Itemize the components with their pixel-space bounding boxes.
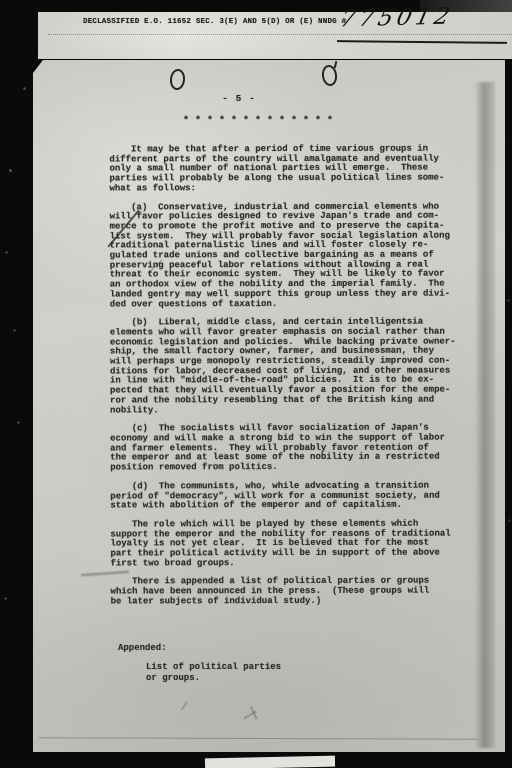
punch-hole-right (321, 64, 339, 87)
document-paragraph: The role which will be played by these e… (110, 519, 456, 568)
document-paragraph: (b) Liberal, middle class, and certain i… (110, 318, 456, 416)
scan-noise-specks (0, 0, 1, 1)
declassification-slip: DECLASSIFIED E.O. 11652 SEC. 3(E) AND 5(… (38, 12, 512, 59)
faint-pencil-mark (181, 701, 188, 710)
page-edge-fold-shadow (475, 82, 495, 748)
document-paragraph: (a) Conservative, industrial and commerc… (110, 202, 456, 310)
scanned-document-screen: DECLASSIFIED E.O. 11652 SEC. 3(E) AND 5(… (0, 0, 512, 768)
document-page: - 5 - * * * * * * * * * * * * * It may b… (33, 60, 505, 752)
page-bottom-edge-line (39, 737, 477, 740)
slip-dotted-line (48, 34, 512, 35)
declassification-handwritten-number: 775012 (338, 4, 456, 33)
stamp-number-underline (337, 40, 507, 44)
next-page-edge-strip (205, 756, 335, 768)
document-body: It may be that after a period of time va… (109, 145, 456, 616)
document-paragraph: (d) The communists, who, while advocatin… (110, 481, 456, 511)
declassification-stamp-text: DECLASSIFIED E.O. 11652 SEC. 3(E) AND 5(… (83, 18, 346, 26)
page-number: - 5 - (218, 93, 260, 104)
punch-hole-left (169, 68, 186, 90)
document-paragraph: It may be that after a period of time va… (109, 145, 455, 194)
appended-label: Appended: (118, 643, 167, 653)
document-paragraph: There is appended a list of political pa… (111, 577, 457, 607)
document-paragraph: (c) The socialists will favor socializat… (110, 424, 456, 473)
asterisk-separator: * * * * * * * * * * * * * (183, 116, 333, 127)
appended-list-item: List of political parties or groups. (146, 662, 281, 684)
